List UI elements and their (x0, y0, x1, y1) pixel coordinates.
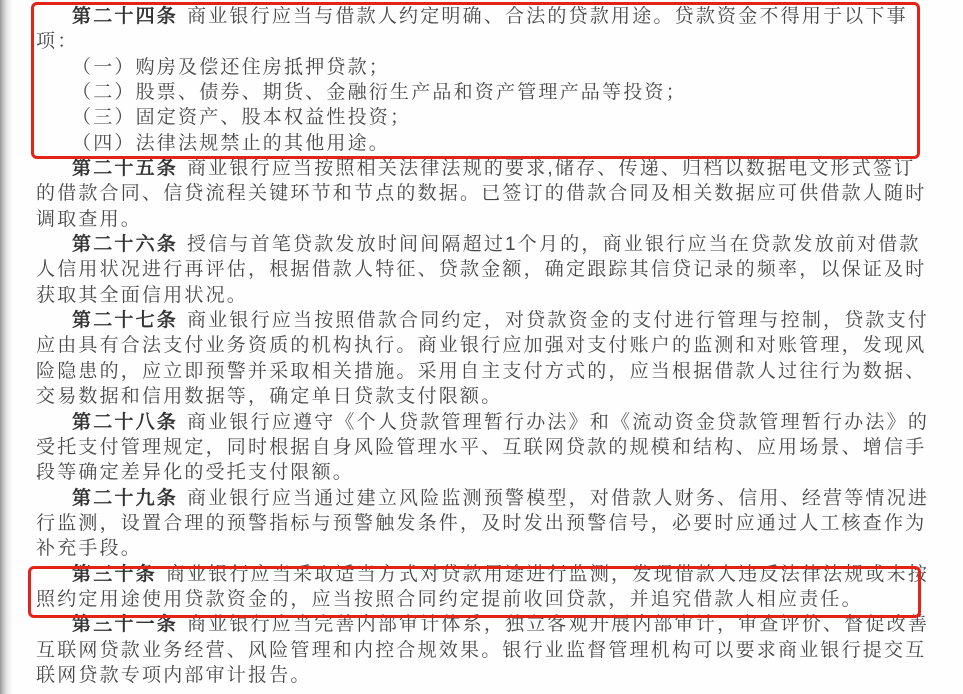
text-line: 第二十四条商业银行应当与借款人约定明确、合法的贷款用途。贷款资金不得用于以下事 (36, 4, 930, 29)
text-line: 受托支付管理规定，同时根据自身风险管理水平、互联网贷款的规模和结构、应用场景、增… (36, 435, 930, 460)
line-text: 段等确定差异化的受托支付限额。 (36, 462, 354, 483)
article-number: 第二十六条 (72, 234, 178, 255)
line-text: 互联网贷款业务经营、风险管理和内控合规效果。银行业监督管理机构可以要求商业银行提… (36, 640, 926, 661)
article-26: 第二十六条授信与首笔贷款发放时间间隔超过1个月的，商业银行应当在贷款发放前对借款… (36, 232, 930, 308)
text-line: 段等确定差异化的受托支付限额。 (36, 460, 930, 485)
article-24: 第二十四条商业银行应当与借款人约定明确、合法的贷款用途。贷款资金不得用于以下事项… (36, 4, 930, 156)
line-text: （二）股票、债券、期货、金融衍生产品和资产管理产品等投资； (72, 82, 687, 103)
text-line: （二）股票、债券、期货、金融衍生产品和资产管理产品等投资； (36, 80, 930, 105)
text-line: 联网贷款专项内部审计报告。 (36, 663, 930, 688)
text-line: 第二十七条商业银行应当按照借款合同约定，对贷款资金的支付进行管理与控制，贷款支付 (36, 308, 930, 333)
line-text: （三）固定资产、股本权益性投资； (72, 107, 411, 128)
article-number: 第二十四条 (72, 6, 178, 27)
article-25: 第二十五条商业银行应当按照相关法律法规的要求,储存、传递、归档以数据电文形式签订… (36, 156, 930, 232)
line-text: 受托支付管理规定，同时根据自身风险管理水平、互联网贷款的规模和结构、应用场景、增… (36, 437, 926, 458)
text-line: 行监测，设置合理的预警指标与预警触发条件，及时发出预警信号，必要时应通过人工核查… (36, 511, 930, 536)
document-body: 第二十四条商业银行应当与借款人约定明确、合法的贷款用途。贷款资金不得用于以下事项… (36, 4, 930, 688)
line-text: 人信用状况进行再评估，根据借款人特征、贷款金额，确定跟踪其信贷记录的频率，以保证… (36, 259, 926, 280)
line-text: 商业银行应当采取适当方式对贷款用途进行监测，发现借款人违反法律法规或未按 (166, 564, 929, 585)
text-line: 的借款合同、信贷流程关键环节和节点的数据。已签订的借款合同及相关数据应可供借款人… (36, 181, 930, 206)
text-line: 第三十条商业银行应当采取适当方式对贷款用途进行监测，发现借款人违反法律法规或未按 (36, 562, 930, 587)
text-line: 第二十五条商业银行应当按照相关法律法规的要求,储存、传递、归档以数据电文形式签订 (36, 156, 930, 181)
line-text: 补充手段。 (36, 538, 142, 559)
article-number: 第三十条 (72, 564, 157, 585)
text-line: （一）购房及偿还住房抵押贷款； (36, 55, 930, 80)
line-text: 项： (36, 31, 78, 52)
text-line: 第二十八条商业银行应遵守《个人贷款管理暂行办法》和《流动资金贷款管理暂行办法》的 (36, 410, 930, 435)
line-text: 商业银行应当按照借款合同约定，对贷款资金的支付进行管理与控制，贷款支付 (187, 310, 929, 331)
line-text: 商业银行应当完善内部审计体系，独立客观开展内部审计，审查评价、督促改善 (187, 614, 929, 635)
line-text: 行监测，设置合理的预警指标与预警触发条件，及时发出预警信号，必要时应通过人工核查… (36, 513, 926, 534)
line-text: 照约定用途使用贷款资金的，应当按照合同约定提前收回贷款，并追究借款人相应责任。 (36, 589, 863, 610)
article-number: 第二十五条 (72, 158, 178, 179)
article-29: 第二十九条商业银行应当通过建立风险监测预警模型，对借款人财务、信用、经营等情况进… (36, 486, 930, 562)
line-text: 联网贷款专项内部审计报告。 (36, 665, 312, 686)
text-line: 第二十九条商业银行应当通过建立风险监测预警模型，对借款人财务、信用、经营等情况进 (36, 486, 930, 511)
line-text: （一）购房及偿还住房抵押贷款； (72, 57, 390, 78)
text-line: 补充手段。 (36, 536, 930, 561)
document-page: 第二十四条商业银行应当与借款人约定明确、合法的贷款用途。贷款资金不得用于以下事项… (0, 0, 963, 694)
text-line: （四）法律法规禁止的其他用途。 (36, 131, 930, 156)
text-line: 项： (36, 29, 930, 54)
text-line: 互联网贷款业务经营、风险管理和内控合规效果。银行业监督管理机构可以要求商业银行提… (36, 638, 930, 663)
page-edge-shadow (0, 0, 13, 694)
text-line: （三）固定资产、股本权益性投资； (36, 105, 930, 130)
text-line: 应由具有合法支付业务资质的机构执行。商业银行应加强对支付账户的监测和对账管理，发… (36, 333, 930, 358)
text-line: 调取查用。 (36, 207, 930, 232)
line-text: 商业银行应当按照相关法律法规的要求,储存、传递、归档以数据电文形式签订 (187, 158, 915, 179)
line-text: 获取其全面信用状况。 (36, 285, 248, 306)
article-30: 第三十条商业银行应当采取适当方式对贷款用途进行监测，发现借款人违反法律法规或未按… (36, 562, 930, 613)
article-number: 第二十九条 (72, 488, 178, 509)
article-number: 第二十七条 (72, 310, 178, 331)
line-text: 调取查用。 (36, 209, 142, 230)
line-text: 交易数据和信用数据等，确定单日贷款支付限额。 (36, 386, 502, 407)
text-line: 险隐患的，应立即预警并采取相关措施。采用自主支付方式的，应当根据借款人过往行为数… (36, 359, 930, 384)
line-text: 的借款合同、信贷流程关键环节和节点的数据。已签订的借款合同及相关数据应可供借款人… (36, 183, 926, 204)
line-text: 授信与首笔贷款发放时间间隔超过1个月的，商业银行应当在贷款发放前对借款 (187, 234, 921, 255)
line-text: （四）法律法规禁止的其他用途。 (72, 133, 390, 154)
article-27: 第二十七条商业银行应当按照借款合同约定，对贷款资金的支付进行管理与控制，贷款支付… (36, 308, 930, 409)
article-number: 第二十八条 (72, 412, 178, 433)
article-31: 第三十一条商业银行应当完善内部审计体系，独立客观开展内部审计，审查评价、督促改善… (36, 612, 930, 688)
text-line: 获取其全面信用状况。 (36, 283, 930, 308)
article-number: 第三十一条 (72, 614, 178, 635)
line-text: 应由具有合法支付业务资质的机构执行。商业银行应加强对支付账户的监测和对账管理，发… (36, 335, 926, 356)
line-text: 商业银行应当通过建立风险监测预警模型，对借款人财务、信用、经营等情况进 (187, 488, 929, 509)
text-line: 第三十一条商业银行应当完善内部审计体系，独立客观开展内部审计，审查评价、督促改善 (36, 612, 930, 637)
line-text: 商业银行应当与借款人约定明确、合法的贷款用途。贷款资金不得用于以下事 (187, 6, 908, 27)
text-line: 交易数据和信用数据等，确定单日贷款支付限额。 (36, 384, 930, 409)
line-text: 险隐患的，应立即预警并采取相关措施。采用自主支付方式的，应当根据借款人过往行为数… (36, 361, 926, 382)
article-28: 第二十八条商业银行应遵守《个人贷款管理暂行办法》和《流动资金贷款管理暂行办法》的… (36, 410, 930, 486)
text-line: 照约定用途使用贷款资金的，应当按照合同约定提前收回贷款，并追究借款人相应责任。 (36, 587, 930, 612)
line-text: 商业银行应遵守《个人贷款管理暂行办法》和《流动资金贷款管理暂行办法》的 (187, 412, 929, 433)
text-line: 人信用状况进行再评估，根据借款人特征、贷款金额，确定跟踪其信贷记录的频率，以保证… (36, 257, 930, 282)
text-line: 第二十六条授信与首笔贷款发放时间间隔超过1个月的，商业银行应当在贷款发放前对借款 (36, 232, 930, 257)
